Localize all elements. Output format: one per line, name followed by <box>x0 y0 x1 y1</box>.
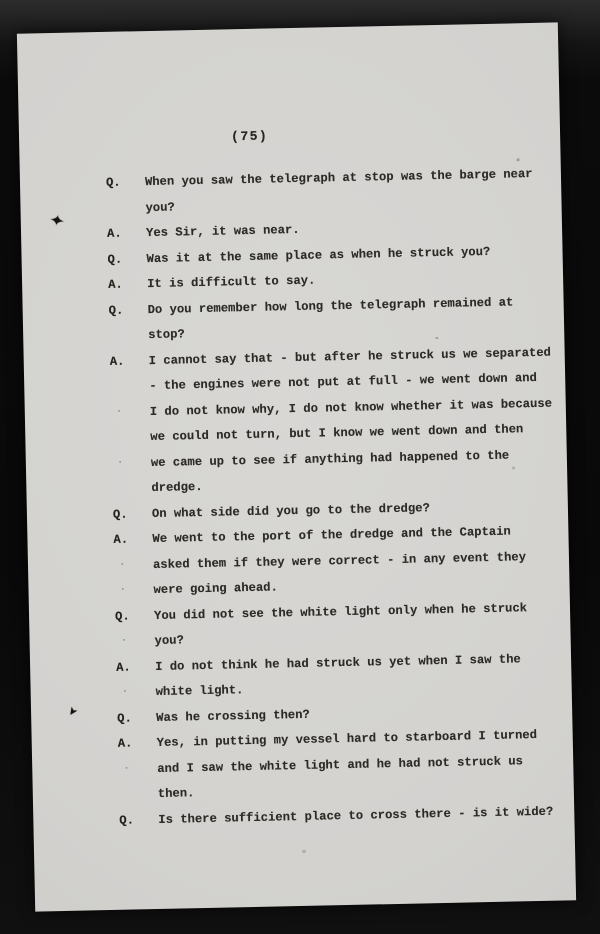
speaker-label: A. <box>107 222 122 248</box>
speaker-label: Q. <box>117 706 132 732</box>
paper-noise-speck <box>517 158 520 161</box>
stray-ink-speck: . <box>119 576 126 602</box>
star-ink-mark-icon: ✦ <box>47 207 67 233</box>
qa-row: Q.When you saw the telegraph at stop was… <box>145 161 558 221</box>
qa-row: A.I cannot say that - but after he struc… <box>148 340 563 502</box>
stray-ink-speck: . <box>121 678 128 704</box>
photo-background: ✦ ➤ (75) Q.When you saw the telegraph at… <box>0 0 600 934</box>
paper-noise-speck <box>302 850 306 853</box>
speaker-label: Q. <box>108 298 123 324</box>
qa-row: A.I do not think he had struck us yet wh… <box>155 646 568 706</box>
stray-ink-speck: . <box>119 550 126 576</box>
blot-ink-mark-icon: ➤ <box>61 702 82 720</box>
speaker-label: A. <box>109 349 124 375</box>
stray-ink-speck: . <box>120 627 127 653</box>
stray-ink-speck: . <box>117 448 124 474</box>
page-number: (75) <box>231 129 269 145</box>
qa-row: Q.Do you remember how long the telegraph… <box>147 289 560 349</box>
speaker-label: Q. <box>119 808 134 834</box>
qa-row: A.We went to the port of the dredge and … <box>152 518 566 603</box>
speaker-label: Q. <box>107 247 122 273</box>
speaker-label: Q. <box>113 502 128 528</box>
speaker-label: A. <box>108 273 123 299</box>
qa-row: Q.You did not see the white light only w… <box>154 595 567 655</box>
document-page: ✦ ➤ (75) Q.When you saw the telegraph at… <box>17 22 576 911</box>
stray-ink-speck: . <box>116 397 123 423</box>
speaker-label: Q. <box>106 171 121 197</box>
stray-ink-speck: . <box>123 754 130 780</box>
qa-list: Q.When you saw the telegraph at stop was… <box>145 161 571 832</box>
qa-row: A.Yes, in putting my vessel hard to star… <box>156 722 570 807</box>
